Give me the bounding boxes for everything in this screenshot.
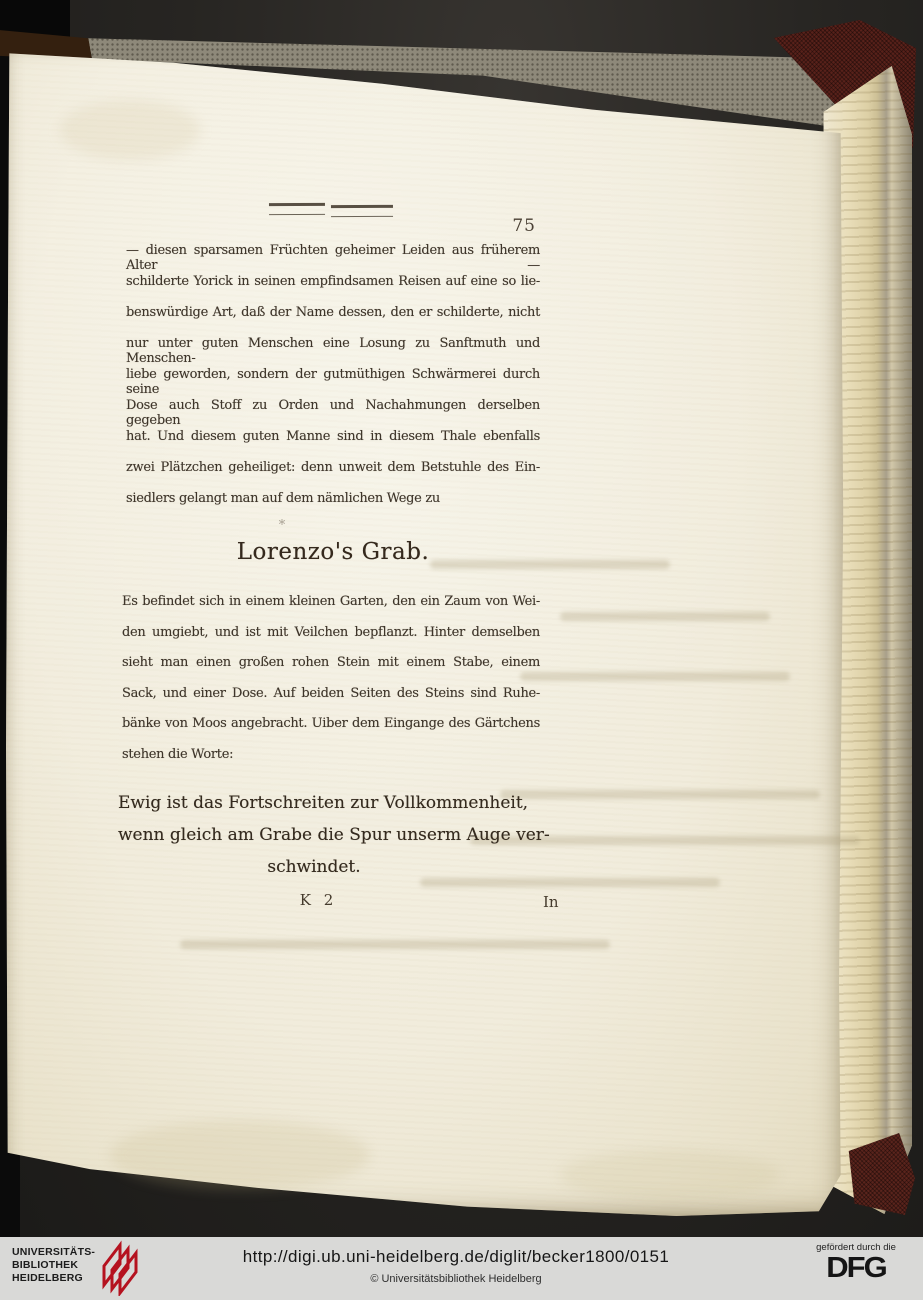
library-name-line: HEIDELBERG bbox=[12, 1272, 95, 1285]
copyright-note: © Universitätsbibliothek Heidelberg bbox=[156, 1273, 756, 1285]
library-name-line: UNIVERSITÄTS- bbox=[12, 1246, 95, 1259]
paragraph-line: den umgiebt, und ist mit Veilchen bepfla… bbox=[122, 625, 540, 656]
footer-bar: UNIVERSITÄTS- BIBLIOTHEK HEIDELBERG http… bbox=[0, 1237, 923, 1300]
section-heading: Lorenzo's Grab. bbox=[126, 539, 540, 565]
library-book-logo-icon bbox=[90, 1240, 142, 1300]
paragraph-line: nur unter guten Menschen eine Losung zu … bbox=[126, 336, 540, 367]
paragraph-line: schilderte Yorick in seinen empfindsamen… bbox=[126, 274, 540, 305]
paragraph-line: — diesen sparsamen Früchten geheimer Lei… bbox=[126, 243, 540, 274]
paragraph-line: Sack, und einer Dose. Auf beiden Seiten … bbox=[122, 686, 540, 717]
paragraph-line: siedlers gelangt man auf dem nämlichen W… bbox=[126, 491, 540, 522]
section-divider-rule-right bbox=[331, 205, 393, 217]
quote-line: schwindet. bbox=[118, 857, 510, 877]
paragraph-line: sieht man einen großen rohen Stein mit e… bbox=[122, 655, 540, 686]
paragraph-line: zwei Plätzchen geheiliget: denn unweit d… bbox=[126, 460, 540, 491]
footnote-asterisk: * bbox=[262, 518, 302, 533]
dfg-logo: DFG bbox=[798, 1251, 914, 1284]
document-url: http://digi.ub.uni-heidelberg.de/diglit/… bbox=[156, 1247, 756, 1267]
paragraph-line: stehen die Worte: bbox=[122, 747, 540, 778]
catchword: In bbox=[543, 893, 593, 911]
quote-line: wenn gleich am Grabe die Spur unserm Aug… bbox=[118, 825, 510, 845]
quote-line: Ewig ist das Fortschreiten zur Vollkomme… bbox=[118, 793, 510, 813]
signature-mark: K 2 bbox=[126, 891, 511, 909]
paragraph-line: bänke von Moos angebracht. Uiber dem Ein… bbox=[122, 716, 540, 747]
paragraph-line: Dose auch Stoff zu Orden und Nachahmunge… bbox=[126, 398, 540, 429]
page-number: 75 bbox=[470, 216, 536, 236]
paragraph-line: liebe geworden, sondern der gutmüthigen … bbox=[126, 367, 540, 398]
paragraph-line: benswürdige Art, daß der Name dessen, de… bbox=[126, 305, 540, 336]
section-divider-rule-left bbox=[269, 203, 325, 215]
book-scan-viewport: 75 — diesen sparsamen Früchten geheimer … bbox=[0, 0, 923, 1300]
paragraph-line: Es befindet sich in einem kleinen Garten… bbox=[122, 594, 540, 625]
library-name-line: BIBLIOTHEK bbox=[12, 1259, 95, 1272]
paragraph-line: hat. Und diesem guten Manne sind in dies… bbox=[126, 429, 540, 460]
library-name: UNIVERSITÄTS- BIBLIOTHEK HEIDELBERG bbox=[12, 1246, 95, 1285]
